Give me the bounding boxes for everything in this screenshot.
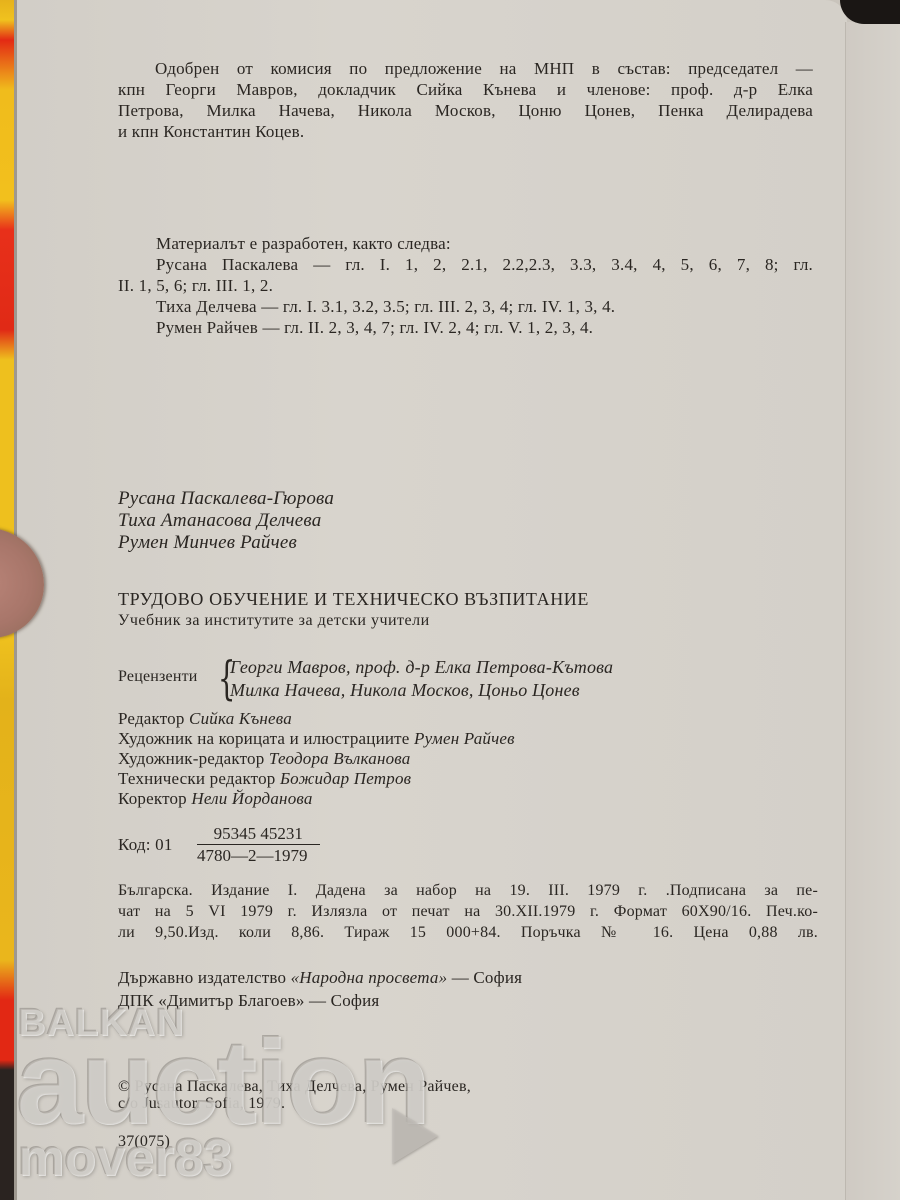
credit-line: Технически редактор Божидар Петров <box>118 769 515 789</box>
credit-role: Редактор <box>118 709 185 728</box>
credit-name: Сийка Кънева <box>189 709 292 728</box>
book-subtitle: Учебник за институтите за детски учители <box>118 610 430 631</box>
contribution-line: Румен Райчев — гл. II. 2, 3, 4, 7; гл. I… <box>118 317 813 338</box>
approval-line: и кпн Константин Коцев. <box>118 121 813 142</box>
reviewer-line: Георги Мавров, проф. д-р Елка Петрова-Къ… <box>230 656 613 679</box>
credit-line: Художник на корицата и илюстрациите Руме… <box>118 729 515 749</box>
adjacent-page <box>845 22 900 1200</box>
approval-line: Одобрен от комисия по предложение на МНП… <box>118 58 813 79</box>
credit-name: Нели Йорданова <box>191 789 312 808</box>
contribution-line: Тиха Делчева — гл. I. 3.1, 3.2, 3.5; гл.… <box>118 296 813 317</box>
material-intro: Материалът е разработен, както следва: <box>118 233 813 254</box>
book-title: ТРУДОВО ОБУЧЕНИЕ И ТЕХНИЧЕСКО ВЪЗПИТАНИЕ <box>118 589 589 610</box>
code-denominator: 4780—2—1979 <box>197 844 320 866</box>
publisher-city: — София <box>447 968 522 987</box>
authors-list: Русана Паскалева-Гюрова Тиха Атанасова Д… <box>118 488 334 554</box>
credit-name: Божидар Петров <box>280 769 411 788</box>
credit-role: Коректор <box>118 789 187 808</box>
approval-line: кпн Георги Мавров, докладчик Сийка Кънев… <box>118 79 813 100</box>
author-name: Тиха Атанасова Делчева <box>118 510 334 532</box>
credit-name: Румен Райчев <box>414 729 515 748</box>
author-name: Румен Минчев Райчев <box>118 532 334 554</box>
credit-line: Художник-редактор Теодора Вълканова <box>118 749 515 769</box>
watermark-auction: auction <box>16 1022 429 1142</box>
code-label: Код: 01 <box>118 834 173 855</box>
pubinfo-line: Българска. Издание I. Дадена за набор на… <box>118 880 818 901</box>
reviewers-label: Рецензенти <box>118 666 198 687</box>
credit-line: Коректор Нели Йорданова <box>118 789 515 809</box>
reviewer-line: Милка Начева, Никола Москов, Цоньо Цонев <box>230 679 613 702</box>
credit-role: Художник на корицата и илюстрациите <box>118 729 410 748</box>
background-corner <box>840 0 900 24</box>
pubinfo-line: ли 9,50.Изд. коли 8,86. Тираж 15 000+84.… <box>118 922 818 943</box>
publisher-name: «Народна просвета» <box>291 968 448 987</box>
publication-info: Българска. Издание I. Дадена за набор на… <box>118 880 818 943</box>
code-numerator: 95345 45231 <box>197 824 320 844</box>
publisher-prefix: Държавно издателство <box>118 968 291 987</box>
watermark-play-icon <box>392 1108 438 1164</box>
pubinfo-line: чат на 5 VI 1979 г. Излязла от печат на … <box>118 901 818 922</box>
credit-role: Художник-редактор <box>118 749 264 768</box>
credit-name: Теодора Вълканова <box>269 749 411 768</box>
author-name: Русана Паскалева-Гюрова <box>118 488 334 510</box>
code-fraction: 95345 45231 4780—2—1979 <box>197 824 320 866</box>
credit-role: Технически редактор <box>118 769 275 788</box>
contribution-line: II. 1, 5, 6; гл. III. 1, 2. <box>118 275 813 296</box>
credit-line: Редактор Сийка Кънева <box>118 709 515 729</box>
credits-list: Редактор Сийка Кънева Художник на корица… <box>118 709 515 809</box>
approval-line: Петрова, Милка Начева, Никола Москов, Цо… <box>118 100 813 121</box>
material-contributions: Материалът е разработен, както следва: Р… <box>118 233 813 338</box>
publisher-line: Държавно издателство «Народна просвета» … <box>118 966 522 989</box>
contribution-line: Русана Паскалева — гл. I. 1, 2, 2.1, 2.2… <box>118 254 813 275</box>
approval-paragraph: Одобрен от комисия по предложение на МНП… <box>118 58 818 142</box>
watermark-username: mover83 <box>18 1128 232 1188</box>
reviewers-list: Георги Мавров, проф. д-р Елка Петрова-Къ… <box>230 656 613 702</box>
